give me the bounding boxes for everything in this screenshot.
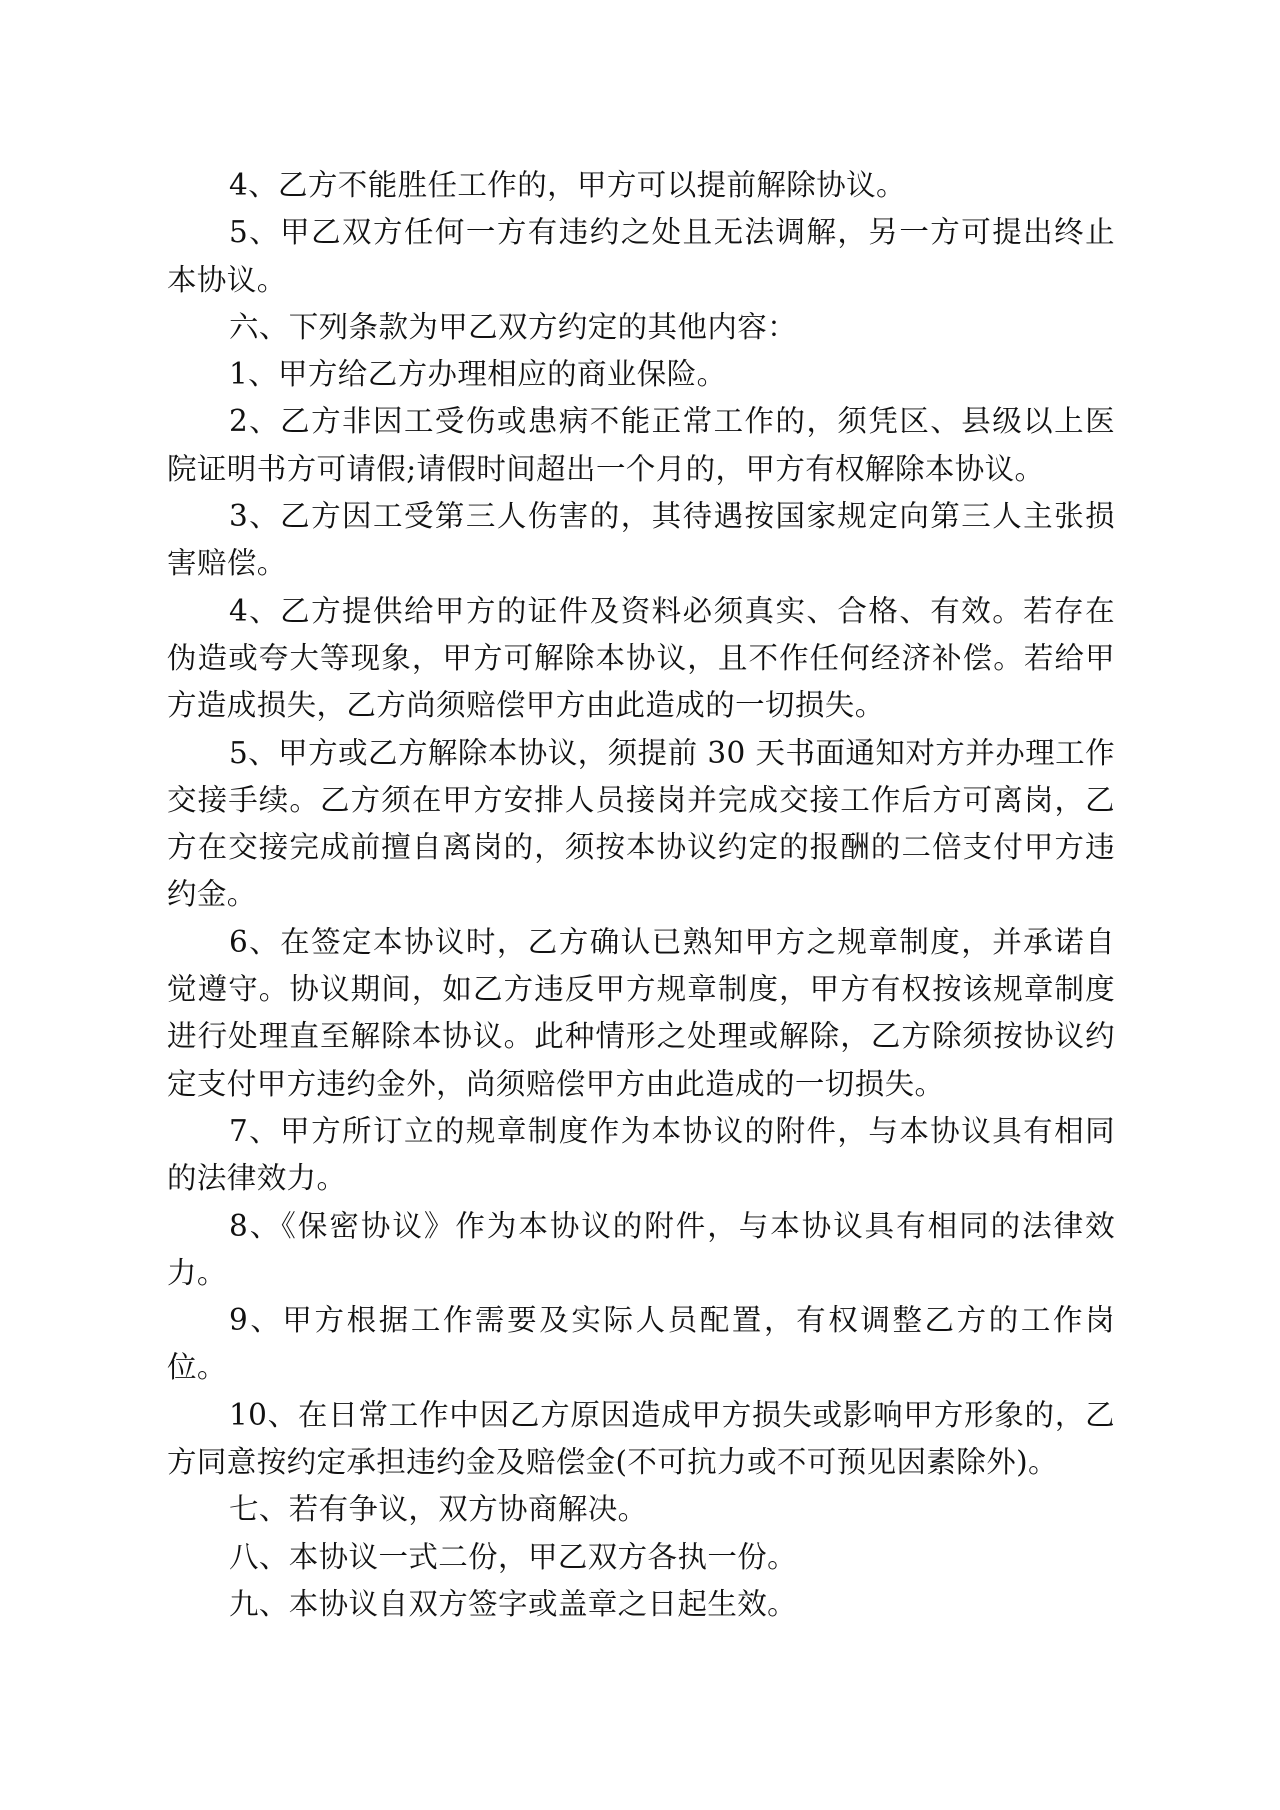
clause-6-9-reassignment: 9、甲方根据工作需要及实际人员配置，有权调整乙方的工作岗位。 <box>167 1297 1115 1392</box>
section-9-effective: 九、本协议自双方签字或盖章之日起生效。 <box>167 1581 1115 1628</box>
clause-6-4-documents: 4、乙方提供给甲方的证件及资料必须真实、合格、有效。若存在伪造或夸大等现象，甲方… <box>167 588 1115 730</box>
clause-6-10-damages: 10、在日常工作中因乙方原因造成甲方损失或影响甲方形象的，乙方同意按约定承担违约… <box>167 1392 1115 1487</box>
document-page: 4、乙方不能胜任工作的，甲方可以提前解除协议。 5、甲乙双方任何一方有违约之处且… <box>167 162 1115 1628</box>
clause-4-incompetence: 4、乙方不能胜任工作的，甲方可以提前解除协议。 <box>167 162 1115 209</box>
clause-6-7-attachment-rules: 7、甲方所订立的规章制度作为本协议的附件，与本协议具有相同的法律效力。 <box>167 1108 1115 1203</box>
clause-6-1-insurance: 1、甲方给乙方办理相应的商业保险。 <box>167 351 1115 398</box>
clause-6-3-third-party-injury: 3、乙方因工受第三人伤害的，其待遇按国家规定向第三人主张损害赔偿。 <box>167 493 1115 588</box>
clause-6-8-confidentiality: 8、《保密协议》作为本协议的附件，与本协议具有相同的法律效力。 <box>167 1203 1115 1298</box>
clause-5-breach-termination: 5、甲乙双方任何一方有违约之处且无法调解，另一方可提出终止本协议。 <box>167 209 1115 304</box>
section-7-disputes: 七、若有争议，双方协商解决。 <box>167 1486 1115 1533</box>
section-6-heading: 六、下列条款为甲乙双方约定的其他内容： <box>167 304 1115 351</box>
section-8-copies: 八、本协议一式二份，甲乙双方各执一份。 <box>167 1534 1115 1581</box>
clause-6-5-notice: 5、甲方或乙方解除本协议，须提前 30 天书面通知对方并办理工作交接手续。乙方须… <box>167 730 1115 919</box>
clause-6-6-rules: 6、在签定本协议时，乙方确认已熟知甲方之规章制度，并承诺自觉遵守。协议期间，如乙… <box>167 919 1115 1108</box>
clause-6-2-sick-leave: 2、乙方非因工受伤或患病不能正常工作的，须凭区、县级以上医院证明书方可请假;请假… <box>167 398 1115 493</box>
